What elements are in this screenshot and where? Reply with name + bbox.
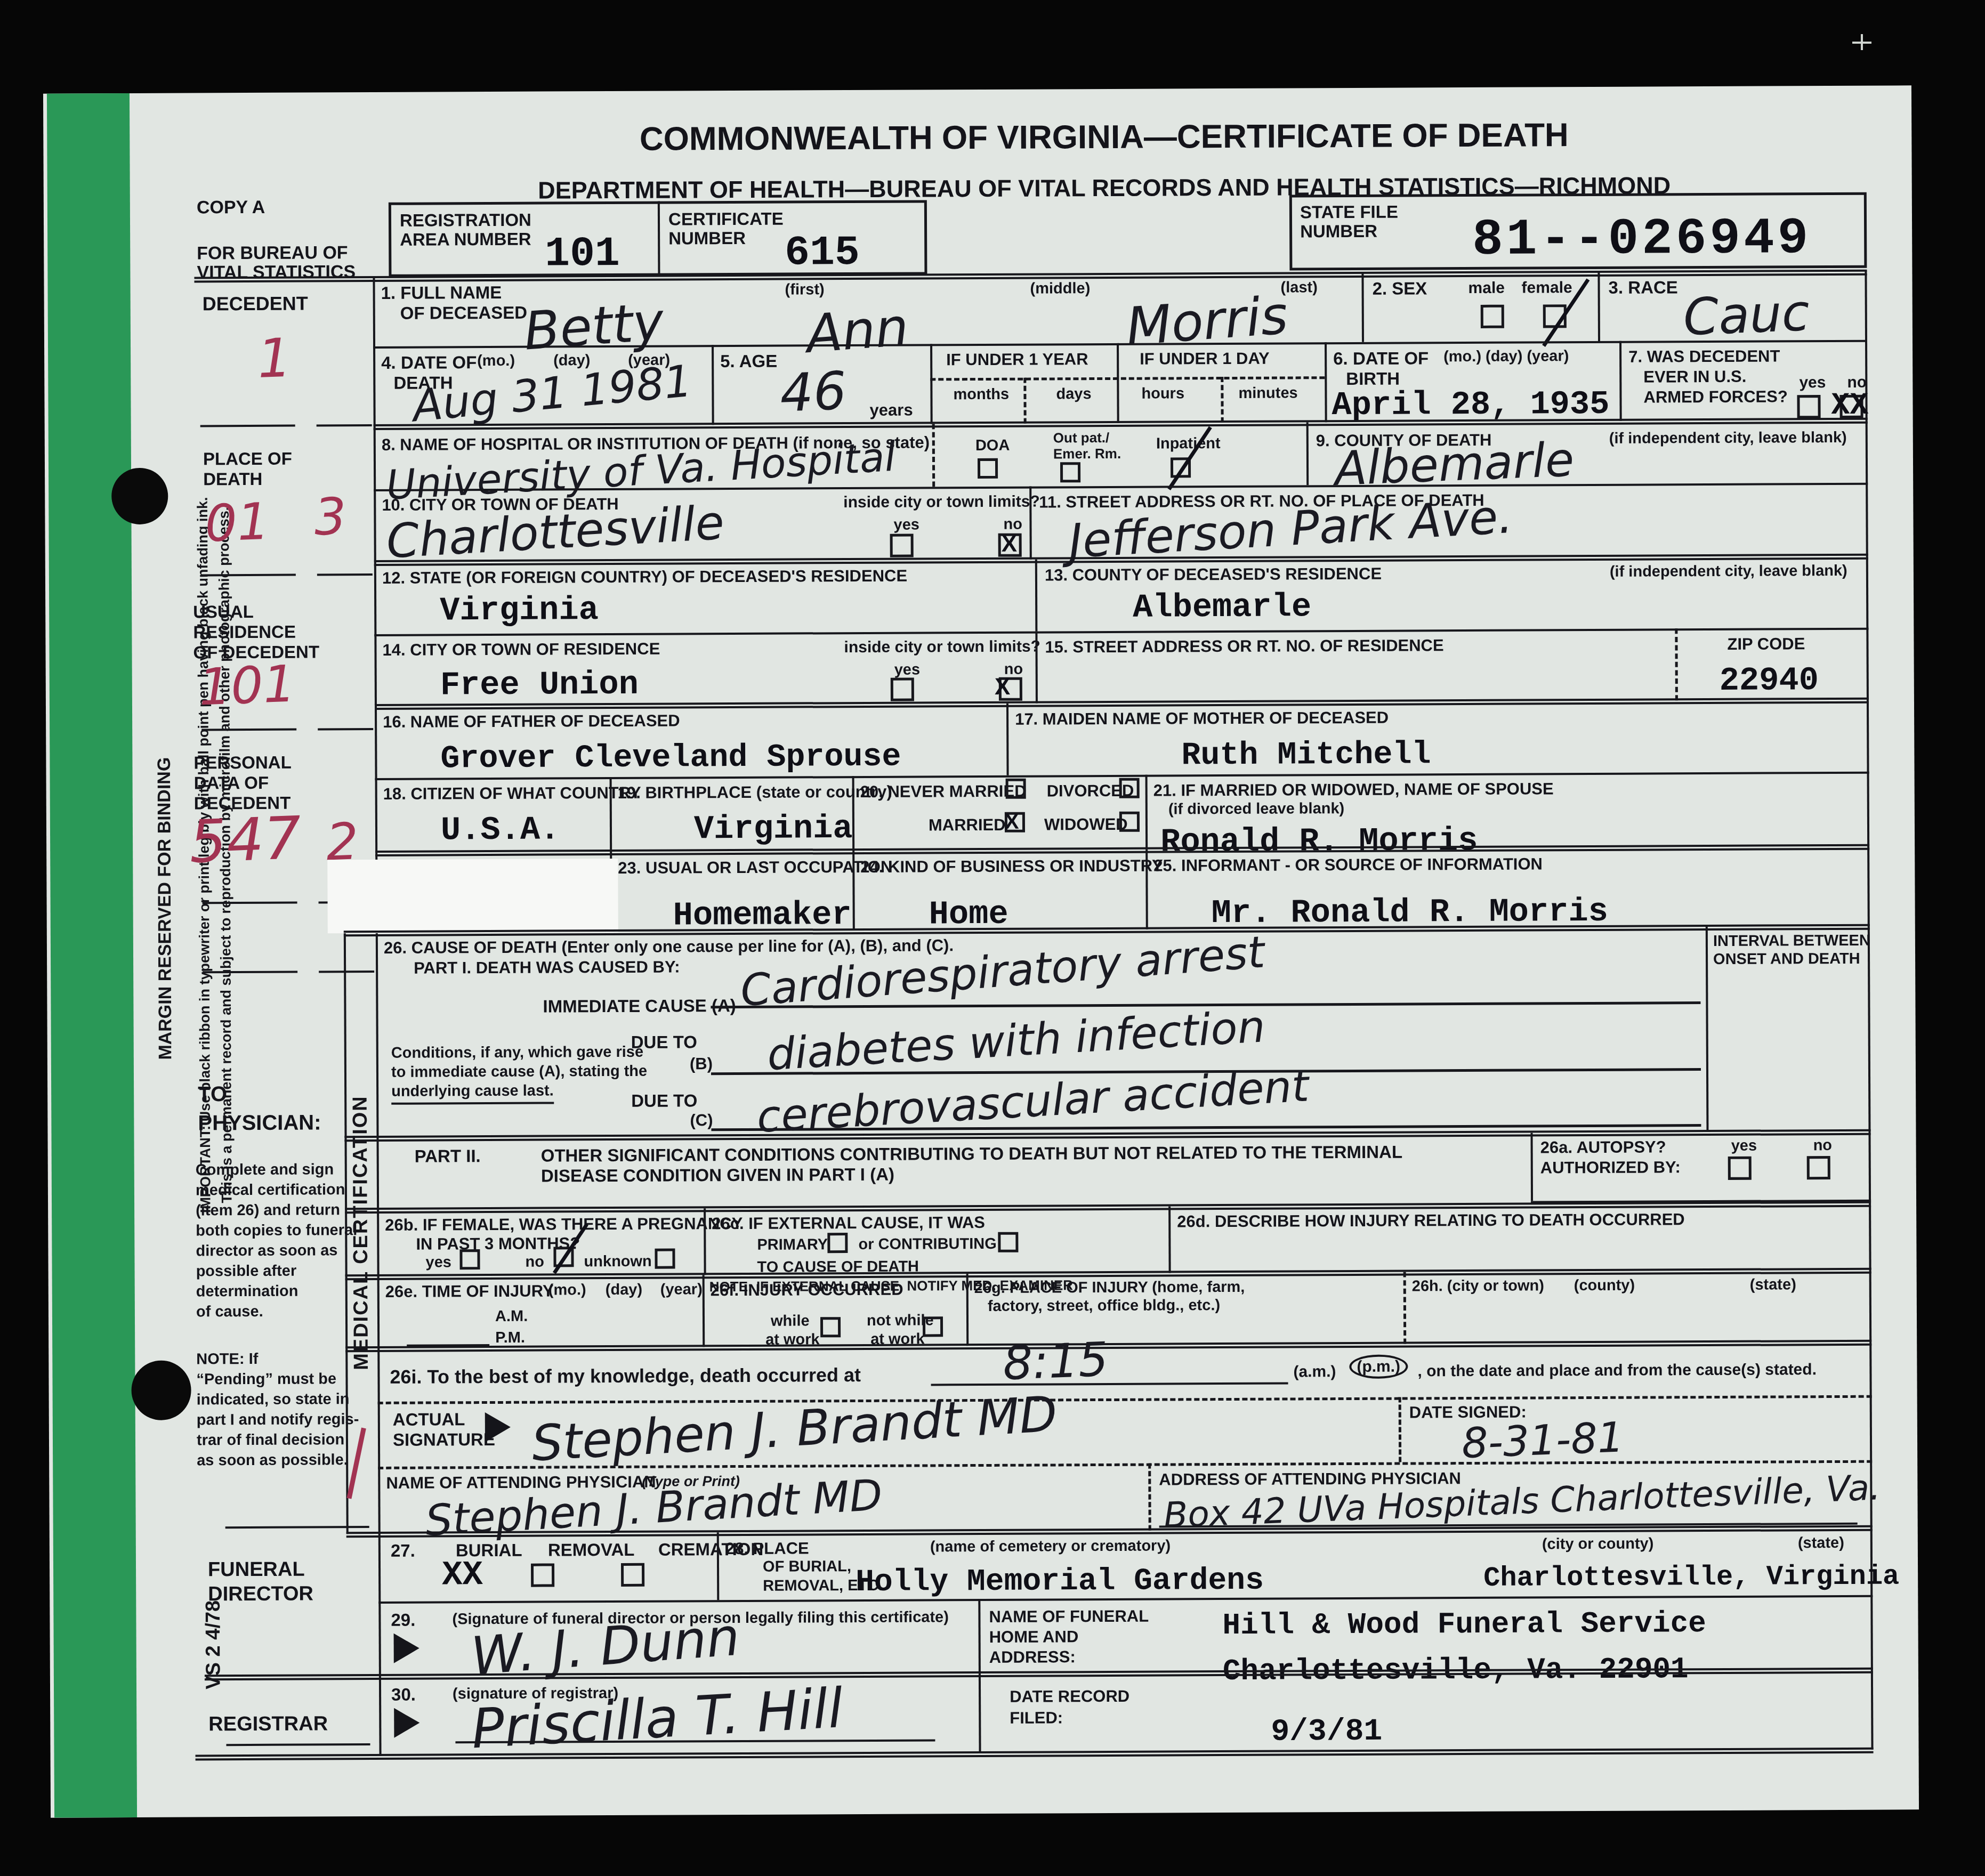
rule-v <box>1325 342 1327 422</box>
state-file-label: NUMBER <box>1300 221 1377 242</box>
sex-male-checkbox <box>1481 305 1504 328</box>
state-hint: (state) <box>1798 1534 1844 1552</box>
doa-checkbox <box>978 458 998 479</box>
field16-label: 16. NAME OF FATHER OF DECEASED <box>383 711 680 731</box>
field5-label: 5. AGE <box>720 351 777 371</box>
residence-state-value: Virginia <box>440 591 599 629</box>
field7-label: 7. WAS DECEDENT <box>1628 346 1780 366</box>
field24-label: 24. KIND OF BUSINESS OR INDUSTRY <box>860 856 1163 877</box>
while-at-work-label: while <box>771 1312 810 1330</box>
pending-note: trar of final decision <box>197 1431 344 1450</box>
red-code: 01 <box>204 492 270 554</box>
immediate-cause-label: IMMEDIATE CAUSE (A) <box>543 996 736 1017</box>
field23-label: 23. USUAL OR LAST OCCUPATION <box>618 858 892 878</box>
state-hint: (state) <box>1750 1276 1796 1294</box>
residence-city-value: Free Union <box>440 666 639 705</box>
field13-label: 13. COUNTY OF DECEASED'S RESIDENCE <box>1045 564 1382 585</box>
residence-county-value: Albemarle <box>1133 588 1311 626</box>
interval-label: INTERVAL BETWEEN <box>1713 932 1870 951</box>
physician-note: both copies to funeral <box>196 1222 357 1240</box>
binding-green-stripe <box>47 93 137 1818</box>
inpatient-label: Inpatient <box>1156 435 1221 453</box>
field26d-label: 26d. DESCRIBE HOW INJURY RELATING TO DEA… <box>1177 1210 1685 1231</box>
field25-label: 25. INFORMANT - OR SOURCE OF INFORMATION <box>1153 854 1543 875</box>
time-yr-hint: (year) <box>660 1281 703 1299</box>
certificate-paper: MARGIN RESERVED FOR BINDING IMPORTANT: U… <box>43 85 1919 1817</box>
autopsy-label: 26a. AUTOPSY? <box>1540 1137 1666 1157</box>
widowed-label: WIDOWED <box>1044 815 1128 834</box>
limits-label: inside city or town limits? <box>843 493 1040 512</box>
physician-note: (item 26) and return <box>196 1201 340 1220</box>
field7-label: ARMED FORCES? <box>1643 387 1788 407</box>
field4-label: 4. DATE OF <box>381 352 477 373</box>
section-to-physician: PHYSICIAN: <box>198 1110 321 1135</box>
date-filed-value: 9/3/81 <box>1271 1715 1382 1750</box>
am-label: A.M. <box>495 1308 528 1326</box>
rule-h <box>317 573 373 576</box>
birthplace-value: Virginia <box>694 810 853 848</box>
under1year-label: IF UNDER 1 YEAR <box>946 350 1088 369</box>
pregnancy-no-label: no <box>525 1254 544 1271</box>
field3-label: 3. RACE <box>1608 277 1677 298</box>
signature-arrow-icon <box>394 1634 419 1663</box>
rule-h <box>374 628 1868 636</box>
removal-checkbox <box>531 1564 554 1587</box>
actual-signature-label: ACTUAL <box>393 1409 465 1430</box>
rule-h <box>931 1382 1288 1386</box>
pregnancy-yes-checkbox <box>459 1249 480 1269</box>
field21-label: 21. IF MARRIED OR WIDOWED, NAME OF SPOUS… <box>1153 779 1554 800</box>
section-registrar: REGISTRAR <box>208 1712 328 1736</box>
married-mark: X <box>1005 810 1019 834</box>
rule-v <box>1035 632 1038 703</box>
primary-label: PRIMARY <box>757 1236 828 1254</box>
actual-signature-label: SIGNATURE <box>393 1429 495 1450</box>
state-file-number: 81--026949 <box>1472 209 1812 269</box>
rule-v-dashed <box>932 424 935 487</box>
field28-label: 28. PLACE <box>725 1539 809 1558</box>
citizen-value: U.S.A. <box>441 811 560 849</box>
rule-v <box>930 344 933 424</box>
burial-city-value: Charlottesville, Virgin­ia <box>1483 1560 1899 1594</box>
autopsy-no-checkbox <box>1807 1156 1830 1179</box>
rule-v <box>1361 273 1364 342</box>
field26h-label: 26h. (city or town) <box>1412 1277 1544 1295</box>
field14-label: 14. CITY OR TOWN OF RESIDENCE <box>382 640 660 660</box>
never-married-label: 20. NEVER MARRIED <box>860 782 1027 802</box>
rule-v <box>658 201 660 276</box>
section-to-physician: TO <box>198 1082 227 1106</box>
rule-h <box>317 424 372 426</box>
part2-text: DISEASE CONDITION GIVEN IN PART I (A) <box>541 1165 894 1186</box>
pending-note: NOTE: If <box>196 1351 258 1369</box>
rule-h <box>226 1743 370 1746</box>
field18-label: 18. CITIZEN OF WHAT COUNTRY <box>383 783 641 804</box>
field13-hint: (if independent city, leave blank) <box>1610 562 1847 581</box>
section-personal-data: PERSONAL <box>193 753 292 773</box>
rule-v <box>1619 341 1622 421</box>
outpatient-label: Emer. Rm. <box>1053 446 1121 462</box>
not-while-at-work-checkbox <box>923 1316 943 1337</box>
section-personal-data: DATA OF <box>194 773 269 794</box>
physician-note: Complete and sign <box>196 1161 334 1179</box>
rule-h-dashed <box>378 1395 1872 1404</box>
field26-label: 26. CAUSE OF DEATH (Enter only one cause… <box>384 936 954 957</box>
conditions-note: to immediate cause (A), stating the <box>391 1063 647 1081</box>
field26g-label: 26g. PLACE OF INJURY (home, farm, <box>974 1279 1245 1298</box>
time-mo-hint: (mo.) <box>548 1281 586 1299</box>
field30-label: 30. <box>391 1685 416 1705</box>
rule-h <box>375 844 1869 856</box>
cause-c-label: (C) <box>690 1111 713 1130</box>
rule-v-dashed <box>1221 377 1223 423</box>
field21-hint: (if divorced leave blank) <box>1168 800 1345 819</box>
margin-binding-text: MARGIN RESERVED FOR BINDING <box>154 757 176 1060</box>
rule-v <box>1029 487 1032 560</box>
rule-v-dashed <box>1148 1463 1151 1531</box>
part2-text: OTHER SIGNIFICANT CONDITIONS CONTRIBUTIN… <box>541 1142 1402 1166</box>
pm-label: P.M. <box>495 1329 525 1347</box>
age-value: 46 <box>779 361 848 424</box>
rule-h <box>203 971 297 974</box>
cemetery-hint: (name of cemetery or crematory) <box>930 1537 1171 1556</box>
red-tick-mark <box>347 1428 366 1499</box>
field6-label: 6. DATE OF <box>1333 348 1429 369</box>
pm-circled: (p.m.) <box>1349 1355 1408 1379</box>
field26i-tail: , on the date and place and from the cau… <box>1417 1361 1817 1381</box>
field19-label: 19. BIRTHPLACE (state or country) <box>618 782 892 803</box>
pending-note: indicated, so state in <box>197 1390 350 1409</box>
field6-mdy-hint: (mo.) (day) (year) <box>1443 347 1569 366</box>
rule-v-dashed <box>1399 1397 1402 1462</box>
time-day-hint: (day) <box>606 1281 642 1299</box>
days-label: days <box>1056 385 1091 403</box>
cause-b-label: (B) <box>690 1054 713 1073</box>
due-to-label: DUE TO <box>631 1090 697 1111</box>
scanned-death-certificate: MARGIN RESERVED FOR BINDING IMPORTANT: U… <box>0 0 1985 1876</box>
autopsy-yes-label: yes <box>1731 1137 1757 1155</box>
pregnancy-unknown-label: unknown <box>584 1253 651 1271</box>
forces-yes-label: yes <box>1799 374 1826 392</box>
physician-signature: Stephen J. Brandt MD <box>530 1386 1059 1473</box>
decedent-last-name: Morris <box>1124 285 1290 358</box>
under1day-label: IF UNDER 1 DAY <box>1140 349 1270 369</box>
registration-area-label: REGISTRATION <box>400 210 531 231</box>
field12-label: 12. STATE (OR FOREIGN COUNTRY) OF DECEAS… <box>382 567 907 588</box>
red-code: 3 <box>313 487 348 547</box>
county-hint: (county) <box>1574 1277 1635 1295</box>
punch-hole <box>131 1360 191 1420</box>
field1-label: OF DECEASED <box>400 303 528 324</box>
contributing-label: or CONTRIBUTING <box>858 1235 997 1254</box>
whiteout-patch <box>327 859 618 933</box>
red-code: 101 <box>198 654 297 717</box>
signature-arrow-icon <box>485 1412 511 1442</box>
rule-h <box>318 728 373 730</box>
field1-middle-hint: (middle) <box>1030 280 1091 298</box>
certificate-number-label: CERTIFICATE <box>668 209 784 230</box>
rule-v <box>1530 1133 1533 1201</box>
section-place-of-death: PLACE OF <box>203 449 292 470</box>
rule-h <box>345 1268 1871 1280</box>
field17-label: 17. MAIDEN NAME OF MOTHER OF DECEASED <box>1015 708 1389 729</box>
section-funeral-director: DIRECTOR <box>208 1582 313 1606</box>
rule-h <box>200 425 295 427</box>
rule-v <box>1306 422 1309 485</box>
field26b-label: 26b. IF FEMALE, WAS THERE A PREGNANCY <box>385 1214 743 1235</box>
pending-note: “Pending” must be <box>196 1370 336 1388</box>
cremation-checkbox <box>621 1563 644 1587</box>
funeral-home-label: NAME OF FUNERAL <box>989 1607 1149 1627</box>
funeral-home-label: ADDRESS: <box>989 1647 1076 1667</box>
state-file-label: STATE FILE <box>1300 202 1398 223</box>
rule-v-dashed <box>1023 378 1026 424</box>
race-value: Cauc <box>1682 284 1811 347</box>
red-code: 547 <box>188 804 303 876</box>
pregnancy-unknown-checkbox <box>655 1249 675 1269</box>
part2-label: PART II. <box>415 1146 481 1166</box>
physician-note: determination <box>196 1283 298 1301</box>
rule-v <box>1117 343 1119 423</box>
punch-hole <box>111 468 168 524</box>
rule-v <box>712 345 714 425</box>
limits-label: inside city or town limits? <box>844 638 1040 657</box>
bureau-label: FOR BUREAU OF <box>197 242 348 264</box>
pregnancy-yes-label: yes <box>425 1254 451 1272</box>
rule-v-dashed <box>1675 628 1678 700</box>
registration-area-label: AREA NUMBER <box>400 229 531 250</box>
date-filed-label: FILED: <box>1010 1708 1063 1727</box>
section-usual-residence: USUAL <box>193 602 254 622</box>
age-years-label: years <box>869 401 913 420</box>
rule-v <box>1035 560 1038 632</box>
divorced-checkbox <box>1119 778 1140 798</box>
burial-mark: XX <box>442 1556 483 1595</box>
removal-label: REMOVAL <box>548 1540 635 1560</box>
field26e-label: 26e. TIME OF INJURY <box>385 1282 554 1301</box>
registration-area-number: 101 <box>545 231 620 278</box>
rule-h <box>319 971 374 973</box>
limits-yes-checkbox <box>890 534 914 557</box>
limits-no-mark: X <box>995 674 1011 700</box>
forces-yes-checkbox <box>1797 395 1820 418</box>
certificate-number-label: NUMBER <box>668 228 746 249</box>
section-funeral-director: FUNERAL <box>208 1558 305 1582</box>
physician-note: director as soon as <box>196 1242 337 1260</box>
rule-v <box>966 1274 969 1346</box>
months-label: months <box>953 386 1009 404</box>
never-married-checkbox <box>1006 779 1026 799</box>
field27-label: 27. <box>391 1541 415 1561</box>
field29-label: 29. <box>391 1610 415 1630</box>
pm-option: (p.m.) <box>1349 1358 1408 1377</box>
birth-date-value: April 28, 1935 <box>1332 385 1609 424</box>
am-option: (a.m.) <box>1293 1363 1336 1381</box>
rule-h <box>203 902 297 904</box>
rule-v <box>1597 272 1600 341</box>
father-name-value: Grover Cleveland Sprouse <box>440 739 901 778</box>
funeral-home-name: Hill & Wood Funeral Service <box>1222 1606 1706 1643</box>
rule-v <box>1145 775 1148 850</box>
section-place-of-death: DEATH <box>203 469 262 489</box>
rule-v <box>1006 703 1009 775</box>
autopsy-yes-checkbox <box>1728 1157 1752 1180</box>
autopsy-label: AUTHORIZED BY: <box>1540 1158 1681 1177</box>
field26c-label: 26c. IF EXTERNAL CAUSE, IT WAS <box>712 1213 985 1233</box>
rule-v <box>852 776 855 851</box>
limits-yes-checkbox <box>891 678 914 701</box>
rule-v <box>610 777 612 852</box>
pending-note: as soon as possible. <box>197 1451 348 1470</box>
rule-v <box>704 1208 706 1275</box>
field26f-label: 26f. INJURY OCCURRED <box>711 1280 903 1300</box>
rule-v <box>717 1532 720 1600</box>
rule-h-dashed <box>930 376 1325 381</box>
limits-yes-label: yes <box>893 516 919 534</box>
section-decedent: DECEDENT <box>203 292 308 314</box>
rule-h <box>374 418 1868 430</box>
rule-v <box>1168 1206 1171 1273</box>
red-code: 1 <box>256 327 293 390</box>
funeral-home-label: HOME AND <box>989 1627 1079 1646</box>
married-label: MARRIED <box>929 815 1006 835</box>
rule-v <box>703 1275 705 1347</box>
zip-label: ZIP CODE <box>1727 634 1805 653</box>
while-at-work-checkbox <box>820 1317 841 1337</box>
autopsy-no-label: no <box>1813 1137 1833 1154</box>
field26i-label: 26i. To the best of my knowledge, death … <box>390 1364 861 1388</box>
rule-v-dashed <box>1403 1272 1407 1344</box>
physician-note: of cause. <box>196 1303 263 1321</box>
section-usual-residence: RESIDENCE <box>193 622 296 643</box>
outpatient-checkbox <box>1060 462 1080 482</box>
certificate-number: 615 <box>785 230 860 277</box>
physician-note: possible after <box>196 1263 297 1281</box>
rule-h <box>201 729 296 731</box>
certificate-title: COMMONWEALTH OF VIRGINIA—CERTIFICATE OF … <box>342 115 1866 160</box>
field7-label: EVER IN U.S. <box>1643 367 1746 386</box>
rule-v <box>1706 927 1709 1132</box>
conditions-note: Conditions, if any, which gave rise <box>391 1044 643 1062</box>
rule-h <box>345 1340 1871 1352</box>
outpatient-label: Out pat./ <box>1053 430 1110 446</box>
copy-label: COPY A <box>197 197 265 219</box>
signature-arrow-icon <box>394 1708 419 1738</box>
contributing-checkbox <box>998 1232 1018 1252</box>
minutes-label: minutes <box>1238 384 1297 402</box>
limits-no-mark: X <box>1002 531 1018 557</box>
part1-label: PART I. DEATH WAS CAUSED BY: <box>414 957 680 977</box>
decedent-middle-name: Ann <box>804 297 910 365</box>
rule-h <box>196 1748 1874 1761</box>
field1-label: 1. FULL NAME <box>381 282 502 303</box>
widowed-checkbox <box>1119 812 1140 832</box>
sex-male-label: male <box>1468 279 1505 298</box>
doa-label: DOA <box>975 437 1010 455</box>
field1-first-hint: (first) <box>785 281 825 299</box>
registration-mark <box>1861 34 1863 50</box>
date-signed-value: 8-31-81 <box>1460 1413 1625 1468</box>
primary-checkbox <box>827 1233 848 1253</box>
field26g-label: factory, street, office bldg., etc.) <box>988 1297 1220 1315</box>
field28-label: OF BURIAL, <box>763 1558 851 1576</box>
cemetery-value: Holly Memorial Gardens <box>856 1564 1264 1600</box>
field15-label: 15. STREET ADDRESS OR RT. NO. OF RESIDEN… <box>1045 636 1443 657</box>
field9-hint: (if independent city, leave blank) <box>1609 429 1847 448</box>
interval-label: ONSET AND DEATH <box>1713 950 1860 969</box>
sex-female-label: female <box>1522 279 1572 297</box>
field2-label: 2. SEX <box>1372 278 1427 298</box>
city-county-hint: (city or county) <box>1542 1535 1654 1554</box>
mother-name-value: Ruth Mitchell <box>1181 737 1431 774</box>
physician-note: medical certification <box>196 1181 345 1200</box>
hours-label: hours <box>1141 385 1184 403</box>
zip-value: 22940 <box>1720 661 1819 700</box>
field4-mo-hint: (mo.) <box>477 352 515 370</box>
limits-yes-label: yes <box>894 661 921 679</box>
rule-h <box>201 574 296 577</box>
conditions-note: underlying cause last. <box>391 1082 554 1105</box>
pending-note: part I and notify regis- <box>197 1411 359 1429</box>
date-filed-label: DATE RECORD <box>1010 1687 1129 1707</box>
death-time-value: 8:15 <box>1002 1332 1109 1391</box>
